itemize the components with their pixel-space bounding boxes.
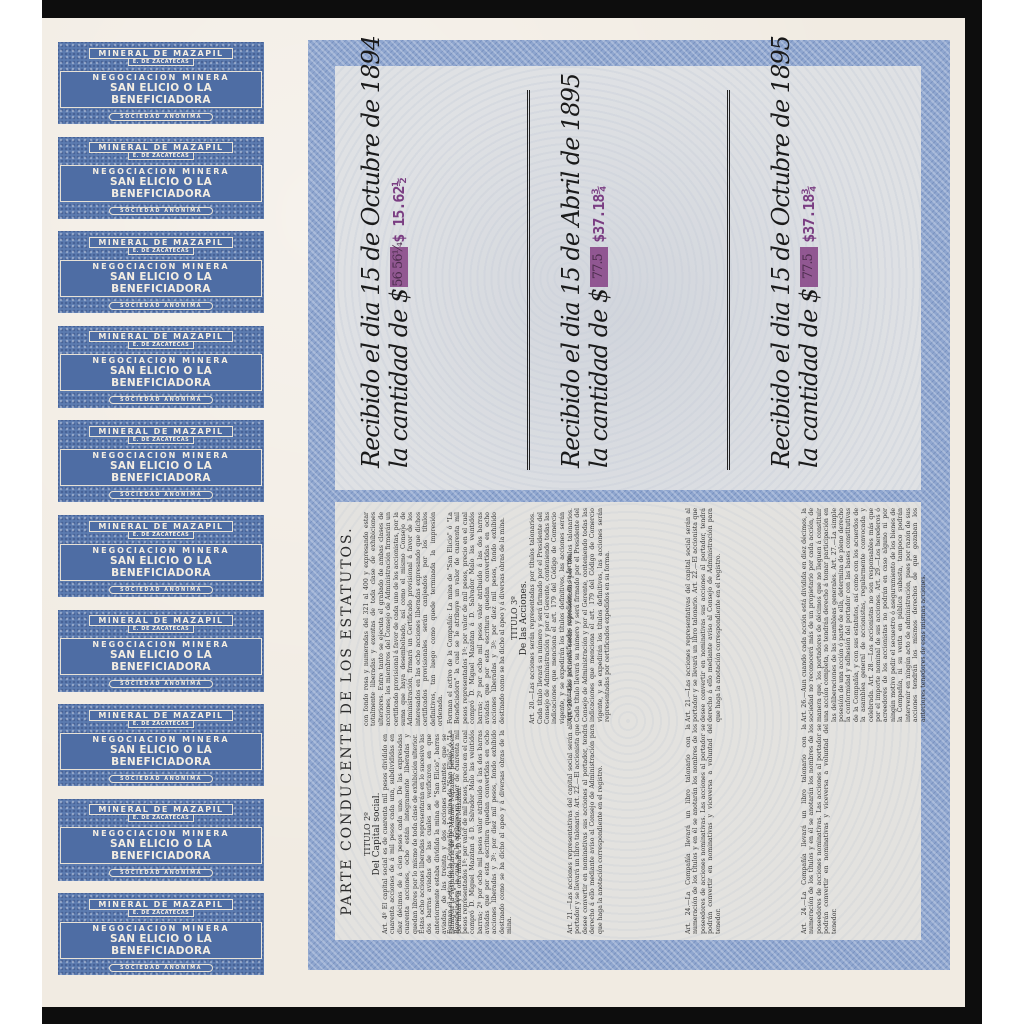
coupon-company-name: SAN ELICIO O LA BENEFICIADORA xyxy=(64,271,258,295)
coupon-sociedad: SOCIEDAD ANONIMA xyxy=(109,396,213,404)
stamped-amount: $ 15.62½ xyxy=(390,178,408,242)
coupon-negociacion: NEGOCIACION MINERA xyxy=(64,640,258,649)
coupon-company-name: SAN ELICIO O LA BENEFICIADORA xyxy=(64,365,258,389)
coupon-stub: MINERAL DE MAZAPILE. DE ZACATECASNEGOCIA… xyxy=(58,42,264,124)
titulo3-block: Forman el activo de la Compañía: La mina… xyxy=(447,512,574,724)
coupon-negociacion: NEGOCIACION MINERA xyxy=(64,262,258,271)
receipt-amount-label: la cantidad de $ xyxy=(585,289,613,468)
coupon-company-box: NEGOCIACION MINERASAN ELICIO O LA BENEFI… xyxy=(60,922,262,959)
statute-column: Forman el activo de la Compañía: La mina… xyxy=(447,512,506,724)
coupon-state: E. DE ZACATECAS xyxy=(128,626,194,633)
stamped-amount: $37.18¾ xyxy=(590,187,608,243)
perforated-edge xyxy=(963,18,969,1007)
coupon-negociacion: NEGOCIACION MINERA xyxy=(64,73,258,82)
statute-column-block: Art. 21.—Las acciones representativas de… xyxy=(685,508,722,722)
statutes-heading-block: PARTE CONDUCENTE DE LOS ESTATUTOS. xyxy=(339,508,355,934)
receipt-date: Recibido el dia 15 de Octubre de 1894 xyxy=(357,78,385,468)
coupon-negociacion: NEGOCIACION MINERA xyxy=(64,735,258,744)
coupon-mineral: MINERAL DE MAZAPIL xyxy=(89,426,232,437)
statute-column-block: con fondo rosa y numeradas del 321 al 40… xyxy=(363,512,444,726)
coupon-stub: MINERAL DE MAZAPILE. DE ZACATECASNEGOCIA… xyxy=(58,799,264,881)
coupon-state: E. DE ZACATECAS xyxy=(128,248,194,255)
coupon-state: E. DE ZACATECAS xyxy=(128,342,194,349)
coupon-state: E. DE ZACATECAS xyxy=(128,153,194,160)
titulo3-subheading: De las Acciones. xyxy=(519,512,529,724)
titulo3-heading: TITULO 3º xyxy=(510,512,519,724)
coupon-company-box: NEGOCIACION MINERASAN ELICIO O LA BENEFI… xyxy=(60,71,262,108)
coupon-mineral: MINERAL DE MAZAPIL xyxy=(89,710,232,721)
coupon-negociacion: NEGOCIACION MINERA xyxy=(64,356,258,365)
coupon-mineral: MINERAL DE MAZAPIL xyxy=(89,331,232,342)
coupon-company-name: SAN ELICIO O LA BENEFICIADORA xyxy=(64,649,258,673)
coupon-company-name: SAN ELICIO O LA BENEFICIADORA xyxy=(64,838,258,862)
coupon-mineral: MINERAL DE MAZAPIL xyxy=(89,142,232,153)
coupon-state: E. DE ZACATECAS xyxy=(128,815,194,822)
statute-column: Art. 21.—Las acciones representativas de… xyxy=(685,508,722,722)
coupon-negociacion: NEGOCIACION MINERA xyxy=(64,167,258,176)
coupon-company-name: SAN ELICIO O LA BENEFICIADORA xyxy=(64,460,258,484)
statute-column: Art. 21.—Las acciones representativas de… xyxy=(567,724,604,934)
coupon-stub: MINERAL DE MAZAPILE. DE ZACATECASNEGOCIA… xyxy=(58,515,264,597)
struck-amount: 77.5 xyxy=(590,247,608,287)
coupon-stub: MINERAL DE MAZAPILE. DE ZACATECASNEGOCIA… xyxy=(58,231,264,313)
statute-column: Forman el activo de la Compañía: La mina… xyxy=(447,730,514,934)
coupon-company-box: NEGOCIACION MINERASAN ELICIO O LA BENEFI… xyxy=(60,449,262,486)
coupon-company-box: NEGOCIACION MINERASAN ELICIO O LA BENEFI… xyxy=(60,165,262,202)
ornamental-band xyxy=(335,490,921,502)
coupon-state: E. DE ZACATECAS xyxy=(128,437,194,444)
coupon-negociacion: NEGOCIACION MINERA xyxy=(64,829,258,838)
statute-column-block: Art. 24.—La Compañía llevará un libro ta… xyxy=(801,724,838,934)
coupon-state: E. DE ZACATECAS xyxy=(128,910,194,917)
receipt-divider xyxy=(527,90,530,470)
coupon-state: E. DE ZACATECAS xyxy=(128,59,194,66)
coupon-state: E. DE ZACATECAS xyxy=(128,721,194,728)
coupon-sociedad: SOCIEDAD ANONIMA xyxy=(109,491,213,499)
coupon-sociedad: SOCIEDAD ANONIMA xyxy=(109,869,213,877)
coupon-mineral: MINERAL DE MAZAPIL xyxy=(89,521,232,532)
statute-column: Art. 20.—Las acciones serán representada… xyxy=(567,508,611,722)
statute-column-block: Art. 20.—Las acciones serán representada… xyxy=(567,508,611,722)
statute-column: Art. 24.—La Compañía llevará un libro ta… xyxy=(801,724,838,934)
coupon-company-box: NEGOCIACION MINERASAN ELICIO O LA BENEFI… xyxy=(60,827,262,864)
struck-amount: 56 56¼ xyxy=(390,247,408,287)
coupon-sociedad: SOCIEDAD ANONIMA xyxy=(109,302,213,310)
stamped-amount: $37.18¾ xyxy=(800,187,818,243)
certificate-frame: Recibido el dia 15 de Octubre de 1894 la… xyxy=(308,40,950,970)
coupon-company-name: SAN ELICIO O LA BENEFICIADORA xyxy=(64,744,258,768)
coupon-sociedad: SOCIEDAD ANONIMA xyxy=(109,207,213,215)
statute-column-block: Art. 26.—Aun cuando cada acción está div… xyxy=(801,508,927,722)
coupon-mineral: MINERAL DE MAZAPIL xyxy=(89,899,232,910)
coupon-company-box: NEGOCIACION MINERASAN ELICIO O LA BENEFI… xyxy=(60,638,262,675)
statute-column-block: Art. 21.—Las acciones representativas de… xyxy=(567,724,604,934)
receipt-date: Recibido el dia 15 de Abril de 1895 xyxy=(557,78,585,468)
statute-column: con fondo rosa y numeradas del 321 al 40… xyxy=(363,512,444,726)
receipt-amount-label: la cantidad de $ xyxy=(385,289,413,468)
coupon-sociedad: SOCIEDAD ANONIMA xyxy=(109,113,213,121)
coupon-mineral: MINERAL DE MAZAPIL xyxy=(89,48,232,59)
receipts-panel: Recibido el dia 15 de Octubre de 1894 la… xyxy=(335,66,921,490)
coupon-company-box: NEGOCIACION MINERASAN ELICIO O LA BENEFI… xyxy=(60,354,262,391)
statutes-panel: PARTE CONDUCENTE DE LOS ESTATUTOS. TITUL… xyxy=(335,502,921,940)
coupon-mineral: MINERAL DE MAZAPIL xyxy=(89,237,232,248)
coupon-company-box: NEGOCIACION MINERASAN ELICIO O LA BENEFI… xyxy=(60,733,262,770)
statute-column-block: Forman el activo de la Compañía: La mina… xyxy=(447,730,514,934)
coupon-company-box: NEGOCIACION MINERASAN ELICIO O LA BENEFI… xyxy=(60,260,262,297)
coupon-sociedad: SOCIEDAD ANONIMA xyxy=(109,775,213,783)
coupon-stub: MINERAL DE MAZAPILE. DE ZACATECASNEGOCIA… xyxy=(58,610,264,692)
coupon-negociacion: NEGOCIACION MINERA xyxy=(64,546,258,555)
statutes-title: PARTE CONDUCENTE DE LOS ESTATUTOS. xyxy=(339,508,355,934)
coupon-state: E. DE ZACATECAS xyxy=(128,532,194,539)
coupon-sociedad: SOCIEDAD ANONIMA xyxy=(109,680,213,688)
titulo2-subheading: Del Capital social. xyxy=(372,734,382,934)
coupon-stub: MINERAL DE MAZAPILE. DE ZACATECASNEGOCIA… xyxy=(58,420,264,502)
statute-column: Art. 24.—La Compañía llevará un libro ta… xyxy=(685,724,722,934)
coupon-mineral: MINERAL DE MAZAPIL xyxy=(89,804,232,815)
coupon-company-name: SAN ELICIO O LA BENEFICIADORA xyxy=(64,555,258,579)
coupon-company-name: SAN ELICIO O LA BENEFICIADORA xyxy=(64,933,258,957)
coupon-negociacion: NEGOCIACION MINERA xyxy=(64,451,258,460)
coupon-sociedad: SOCIEDAD ANONIMA xyxy=(109,586,213,594)
coupon-stub: MINERAL DE MAZAPILE. DE ZACATECASNEGOCIA… xyxy=(58,326,264,408)
statute-column: Art. 26.—Aun cuando cada acción está div… xyxy=(801,508,927,722)
receipt-date: Recibido el dia 15 de Octubre de 1895 xyxy=(767,78,795,468)
receipt-divider xyxy=(727,90,730,470)
struck-amount: 77.5 xyxy=(800,247,818,287)
coupon-sociedad: SOCIEDAD ANONIMA xyxy=(109,964,213,972)
coupon-stub: MINERAL DE MAZAPILE. DE ZACATECASNEGOCIA… xyxy=(58,893,264,975)
coupon-stub: MINERAL DE MAZAPILE. DE ZACATECASNEGOCIA… xyxy=(58,704,264,786)
receipt-amount-label: la cantidad de $ xyxy=(795,289,823,468)
coupon-negociacion: NEGOCIACION MINERA xyxy=(64,924,258,933)
coupon-company-box: NEGOCIACION MINERASAN ELICIO O LA BENEFI… xyxy=(60,544,262,581)
coupon-mineral: MINERAL DE MAZAPIL xyxy=(89,615,232,626)
statute-column-block: Art. 24.—La Compañía llevará un libro ta… xyxy=(685,724,722,934)
coupon-stub: MINERAL DE MAZAPILE. DE ZACATECASNEGOCIA… xyxy=(58,137,264,219)
coupon-company-name: SAN ELICIO O LA BENEFICIADORA xyxy=(64,176,258,200)
coupon-company-name: SAN ELICIO O LA BENEFICIADORA xyxy=(64,82,258,106)
titulo2-heading: TITULO 2º xyxy=(363,734,372,934)
